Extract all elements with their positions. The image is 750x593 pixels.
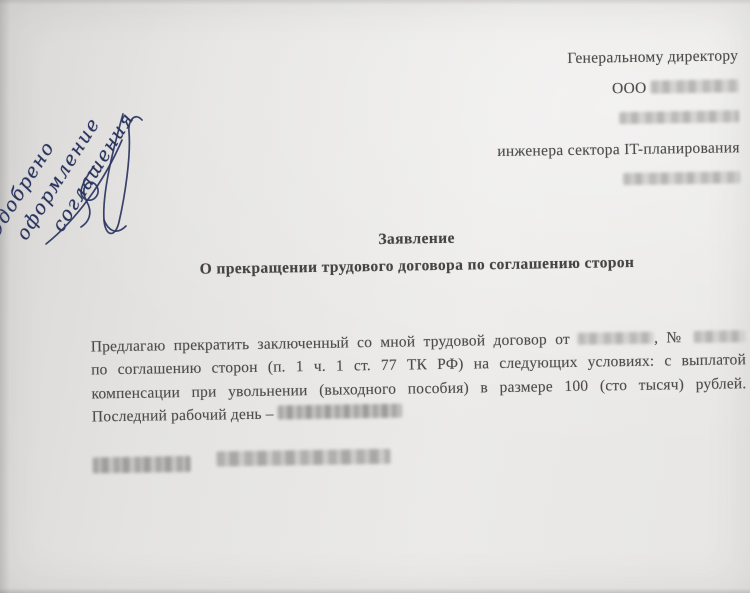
company-line: ООО [496,72,739,106]
redacted-contract-date [578,332,654,345]
redacted-employee-name [623,171,740,185]
redacted-last-day-date [278,404,402,420]
last-day-label: Последний рабочий день – [92,406,274,426]
recipient-line: Генеральному директору [496,41,739,75]
position-line: инженера сектора IT-планирования [497,133,740,167]
director-name-line [497,102,740,136]
redacted-company-name [651,79,739,93]
redacted-signatory-name [216,449,390,467]
document-subtitle: О прекращении трудового договора по согл… [89,252,744,280]
document-title: Заявление [89,225,744,253]
redacted-contract-number [694,330,746,343]
number-prefix: , № [654,329,686,346]
company-prefix: ООО [612,79,647,97]
redacted-director-name [619,110,739,124]
employee-name-line [498,163,741,197]
scanned-document-page: Генеральному директору ООО инженера сект… [0,0,750,593]
redacted-signing-date [92,456,190,474]
letterhead-block: Генеральному директору ООО инженера сект… [496,41,741,197]
body-paragraph: Предлагаю прекратить заключенный со мной… [91,325,747,429]
